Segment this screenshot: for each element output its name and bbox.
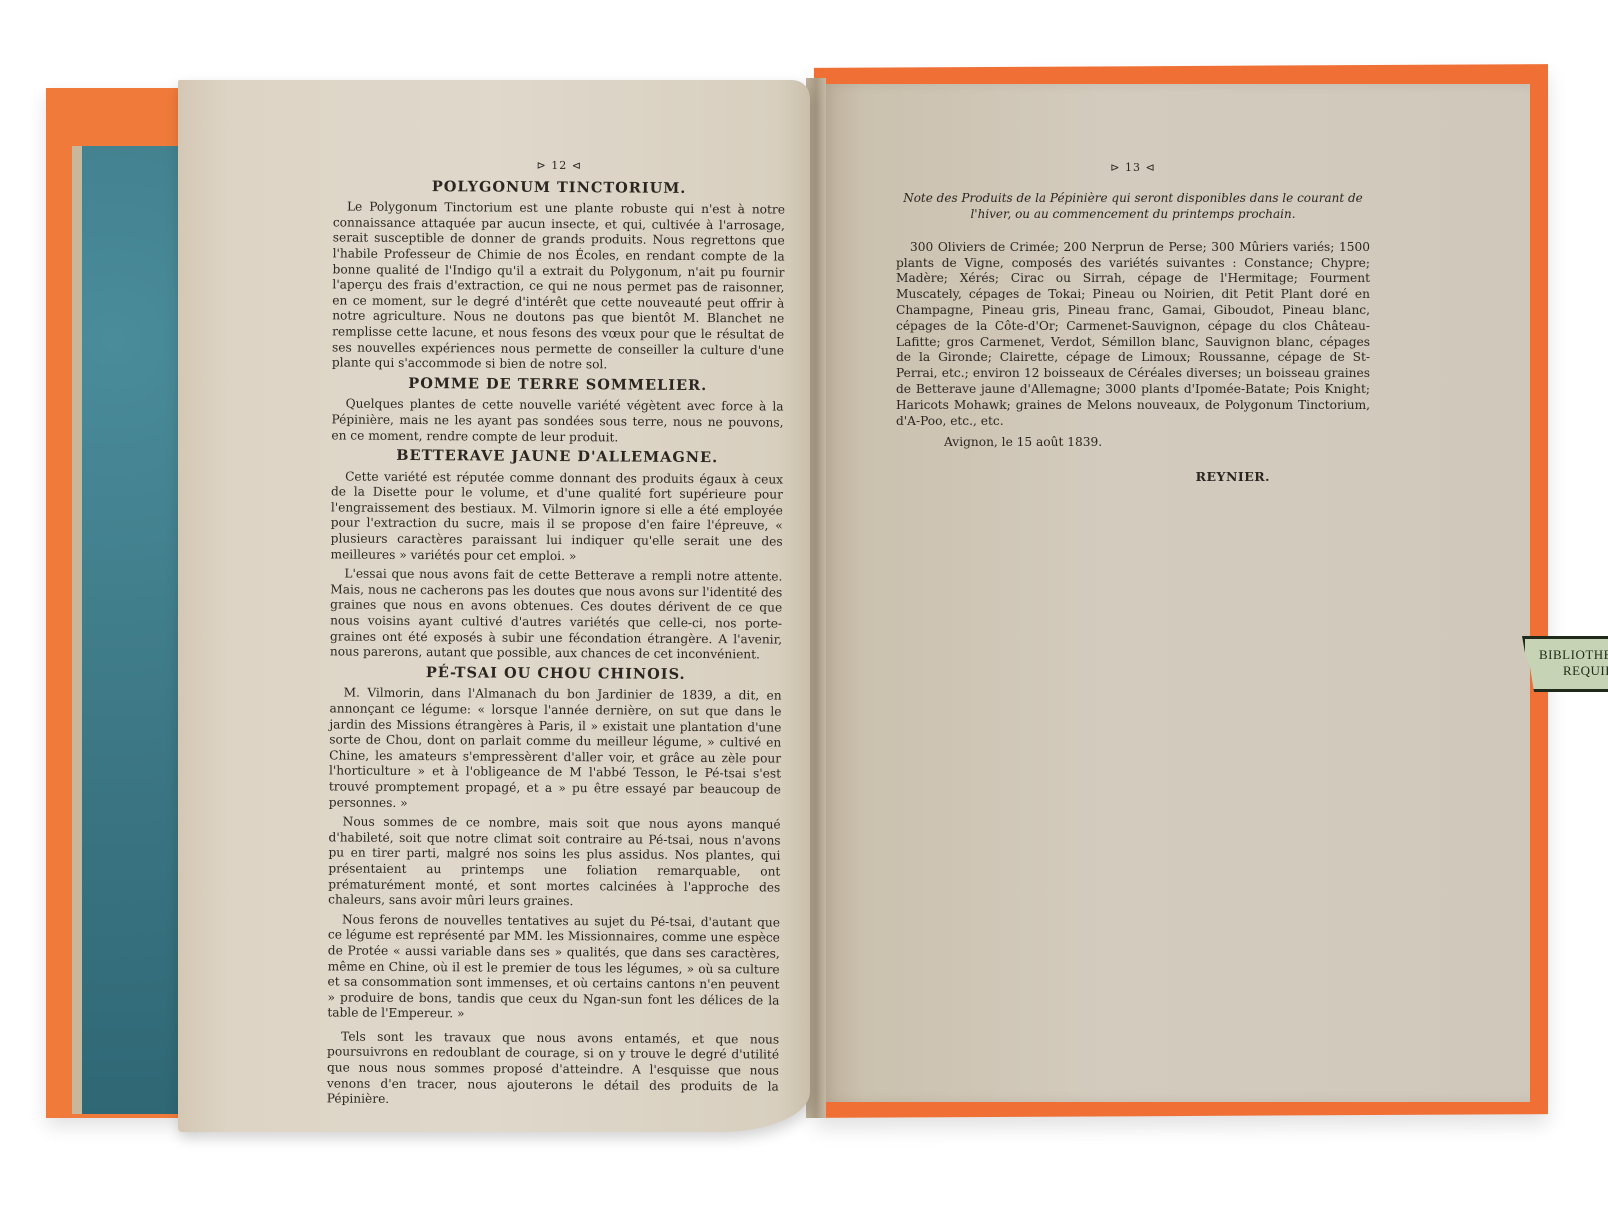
right-page-text: ⊳ 13 ⊲ Note des Produits de la Pépinière… [896,160,1370,485]
signature: REYNIER. [896,469,1370,485]
label-line-2: REQUIEN [1539,663,1608,679]
place-date: Avignon, le 15 août 1839. [896,435,1370,451]
note-title: Note des Produits de la Pépinière qui se… [896,190,1370,222]
paragraph: Nous ferons de nouvelles tentatives au s… [327,912,780,1024]
left-page-text: ⊳ 12 ⊲ POLYGONUM TINCTORIUM. Le Polygonu… [327,156,786,1114]
paragraph: Nous sommes de ce nombre, mais soit que … [328,815,781,912]
paragraph: Tels sont les travaux que nous avons ent… [327,1029,780,1110]
products-list: 300 Oliviers de Crimée; 200 Nerprun de P… [896,240,1370,430]
paragraph: Quelques plantes de cette nouvelle varié… [331,397,783,447]
section-heading-betterave: BETTERAVE JAUNE D'ALLEMAGNE. [331,448,783,467]
section-heading-polygonum: POLYGONUM TINCTORIUM. [333,178,785,197]
paragraph: L'essai que nous avons fait de cette Bet… [330,567,783,664]
label-line-1: BIBLIOTHE [1539,647,1608,663]
paragraph: M. Vilmorin, dans l'Almanach du bon Jard… [329,686,782,814]
blue-inner-cover [72,146,187,1114]
page-number-right: ⊳ 13 ⊲ [896,160,1370,176]
section-heading-pe-tsai: PÉ-TSAI OU CHOU CHINOIS. [330,664,782,683]
section-heading-pomme-de-terre: POMME DE TERRE SOMMELIER. [332,375,784,394]
paragraph: Cette variété est réputée comme donnant … [331,469,784,566]
page-number-left: ⊳ 12 ⊲ [333,156,785,175]
library-bookmark-label: BIBLIOTHE REQUIEN [1522,636,1608,692]
paragraph: Le Polygonum Tinctorium est une plante r… [332,200,785,375]
